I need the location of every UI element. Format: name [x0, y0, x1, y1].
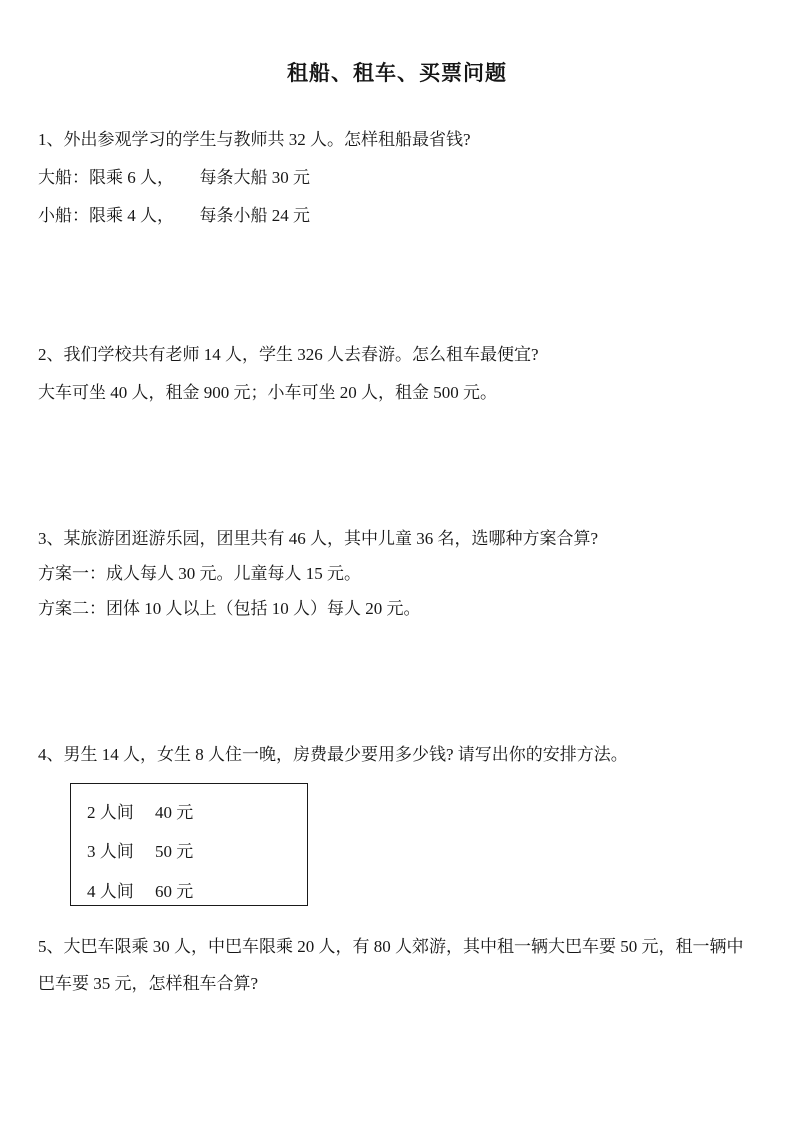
worksheet-page: 租船、租车、买票问题 1、外出参观学习的学生与教师共 32 人。怎样租船最省钱?…	[0, 0, 793, 1122]
problem-2-vehicle-detail: 大车可坐 40 人，租金 900 元；小车可坐 20 人，租金 500 元。	[38, 381, 756, 405]
page-title: 租船、租车、买票问题	[38, 0, 756, 86]
problem-4-question: 4、男生 14 人，女生 8 人住一晚，房费最少要用多少钱? 请写出你的安排方法…	[38, 743, 756, 767]
problem-1-big-boat-detail: 大船：限乘 6 人， 每条大船 30 元	[38, 166, 756, 190]
room-price-row-3person: 3 人间 50 元	[87, 840, 307, 864]
problem-3-plan-1: 方案一：成人每人 30 元。儿童每人 15 元。	[38, 562, 756, 586]
room-price-row-4person: 4 人间 60 元	[87, 880, 307, 904]
problem-2-question: 2、我们学校共有老师 14 人，学生 326 人去春游。怎么租车最便宜?	[38, 343, 756, 367]
problem-5-question: 5、大巴车限乘 30 人，中巴车限乘 20 人，有 80 人郊游，其中租一辆大巴…	[38, 928, 756, 1002]
problem-3-plan-2: 方案二：团体 10 人以上（包括 10 人）每人 20 元。	[38, 597, 756, 621]
problem-3-question: 3、某旅游团逛游乐园，团里共有 46 人，其中儿童 36 名，选哪种方案合算?	[38, 527, 756, 551]
room-price-table: 2 人间 40 元 3 人间 50 元 4 人间 60 元	[70, 783, 308, 906]
problem-1-question: 1、外出参观学习的学生与教师共 32 人。怎样租船最省钱?	[38, 128, 756, 152]
room-price-row-2person: 2 人间 40 元	[87, 801, 307, 825]
problem-1-small-boat-detail: 小船：限乘 4 人， 每条小船 24 元	[38, 204, 756, 228]
